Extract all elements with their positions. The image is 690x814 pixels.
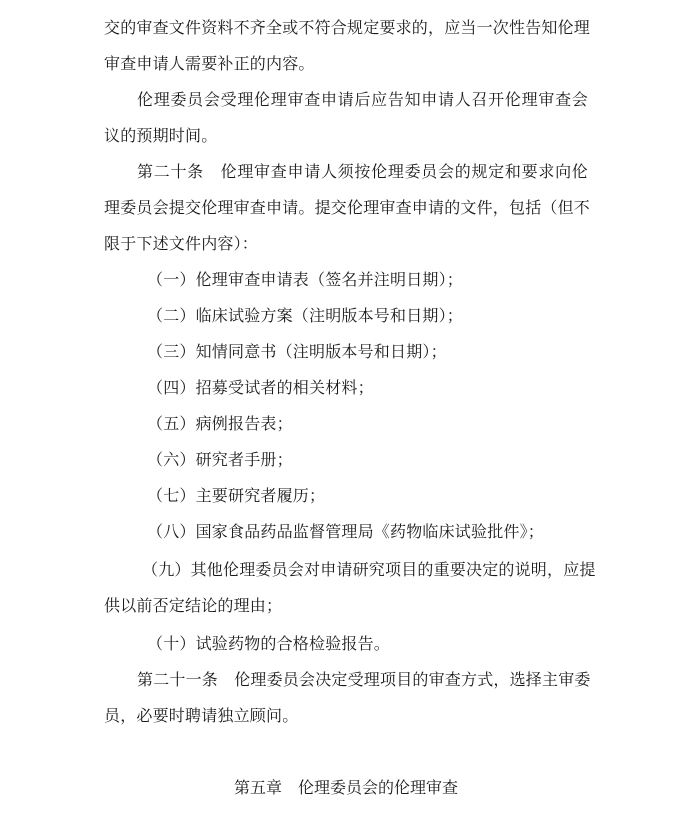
paragraph-line: 伦理委员会受理伦理审查申请后应告知申请人召开伦理审查会 (137, 89, 588, 111)
list-item: （七）主要研究者履历； (147, 485, 325, 507)
list-item: （四）招募受试者的相关材料； (147, 377, 374, 399)
list-item: （九）其他伦理委员会对申请研究项目的重要决定的说明，应提 (142, 559, 588, 581)
list-item: （五）病例报告表； (147, 413, 293, 435)
list-item: （八）国家食品药品监督管理局《药物临床试验批件》； (147, 521, 544, 543)
chapter-title: 第五章 伦理委员会的伦理审查 (104, 777, 588, 799)
list-item: （一）伦理审查申请表（签名并注明日期）； (147, 269, 463, 291)
list-item: （六）研究者手册； (147, 449, 293, 471)
article-20-line: 限于下述文件内容）： (104, 233, 258, 255)
article-21-line: 员，必要时聘请独立顾问。 (104, 705, 298, 727)
article-21-line: 第二十一条 伦理委员会决定受理项目的审查方式，选择主审委 (137, 669, 588, 691)
paragraph-line: 交的审查文件资料不齐全或不符合规定要求的，应当一次性告知伦理 (104, 17, 588, 39)
paragraph-line: 议的预期时间。 (104, 125, 217, 147)
list-item: （十）试验药物的合格检验报告。 (147, 633, 390, 655)
list-item: （二）临床试验方案（注明版本号和日期）； (147, 305, 463, 327)
list-item: （三）知情同意书（注明版本号和日期）； (147, 341, 447, 363)
article-20-line: 理委员会提交伦理审查申请。提交伦理审查申请的文件，包括（但不 (104, 197, 588, 219)
list-item-continuation: 供以前否定结论的理由； (104, 595, 282, 617)
paragraph-line: 审查申请人需要补正的内容。 (104, 53, 315, 75)
article-20-line: 第二十条 伦理审查申请人须按伦理委员会的规定和要求向伦 (137, 161, 588, 183)
